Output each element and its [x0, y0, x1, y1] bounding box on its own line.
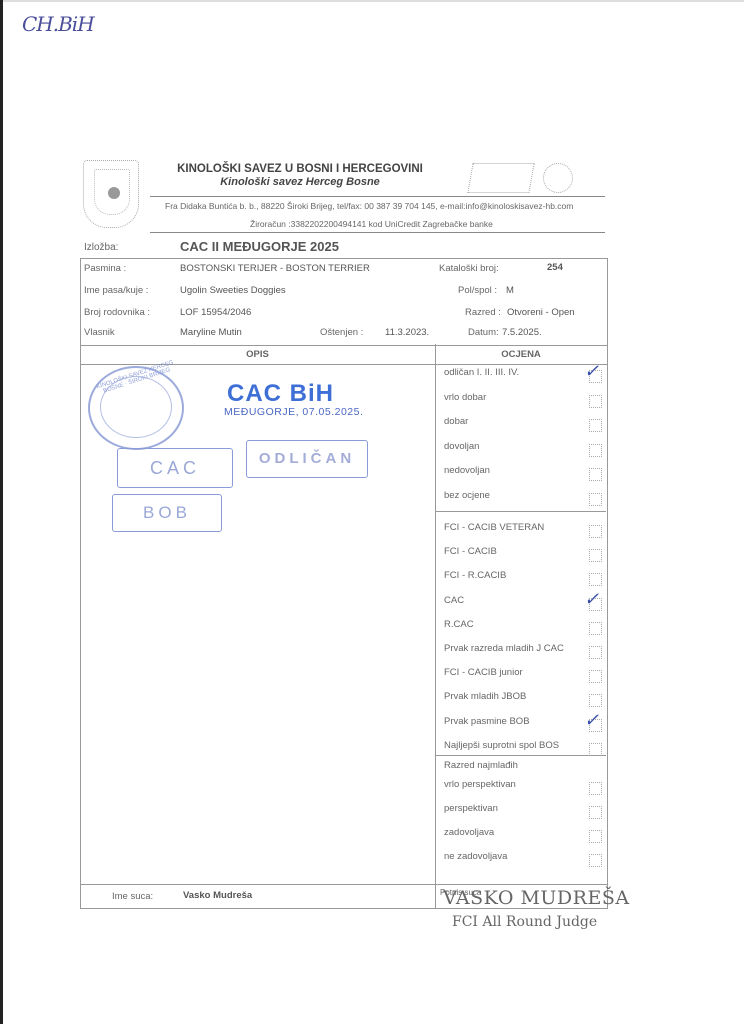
puppy-grade-label: vrlo perspektivan	[444, 779, 516, 790]
excellent-stamp: ODLIČAN	[246, 440, 368, 478]
sex-label: Pol/spol :	[458, 285, 497, 296]
show-name: CAC II MEĐUGORJE 2025	[180, 239, 339, 254]
organization-subtitle: Kinološki savez Herceg Bosne	[150, 176, 450, 188]
section-divider	[435, 755, 606, 756]
title-label: FCI - CACIB junior	[444, 667, 523, 678]
born-label: Oštenjen :	[320, 327, 363, 338]
show-label: Izložba:	[84, 242, 118, 253]
grade-label: vrlo dobar	[444, 392, 486, 403]
title-label: FCI - CACIB VETERAN	[444, 522, 544, 533]
puppy-grade-checkbox[interactable]	[589, 854, 602, 867]
fci-logo	[543, 163, 573, 193]
puppy-grade-label: perspektivan	[444, 803, 498, 814]
organization-title: KINOLOŠKI SAVEZ U BOSNI I HERCEGOVINI	[150, 163, 450, 175]
title-label: Prvak razreda mladih J CAC	[444, 643, 564, 654]
puppy-class-heading: Razred najmlađih	[444, 760, 518, 771]
puppy-grade-label: ne zadovoljava	[444, 851, 507, 862]
grade-label: bez ocjene	[444, 490, 490, 501]
puppy-grade-checkbox[interactable]	[589, 830, 602, 843]
title-label: Prvak pasmine BOB	[444, 716, 530, 727]
title-checkbox[interactable]	[589, 743, 602, 756]
puppy-grade-label: zadovoljava	[444, 827, 494, 838]
born-value: 11.3.2023.	[385, 327, 429, 338]
judge-label: Ime suca:	[112, 891, 153, 902]
title-checkbox[interactable]	[589, 525, 602, 538]
cac-stamp: CAC	[117, 448, 233, 488]
pedigree-value: LOF 15954/2046	[180, 307, 251, 318]
handwritten-check-icon: ✓	[584, 361, 599, 382]
title-checkbox[interactable]	[589, 670, 602, 683]
title-checkbox[interactable]	[589, 573, 602, 586]
class-value: Otvoreni - Open	[507, 307, 575, 318]
title-label: R.CAC	[444, 619, 474, 630]
handwritten-check-icon: ✓	[584, 589, 599, 610]
column-divider	[435, 884, 436, 908]
scan-border-left	[0, 0, 3, 1024]
title-label: Prvak mladih JBOB	[444, 691, 526, 702]
cac-bih-stamp-date: MEĐUGORJE, 07.05.2025.	[224, 406, 363, 418]
class-label: Razred :	[465, 307, 501, 318]
grade-label: dovoljan	[444, 441, 479, 452]
organization-address: Fra Didaka Buntića b. b., 88220 Široki B…	[165, 201, 573, 211]
title-label: CAC	[444, 595, 464, 606]
section-divider	[435, 511, 606, 512]
title-label: FCI - CACIB	[444, 546, 497, 557]
cac-bih-stamp: CAC BiH	[227, 380, 334, 408]
date-value: 7.5.2025.	[502, 327, 542, 338]
puppy-grade-checkbox[interactable]	[589, 806, 602, 819]
column-divider	[435, 344, 436, 884]
breed-label: Pasmina :	[84, 263, 126, 274]
header-divider	[150, 232, 605, 233]
club-round-stamp: KINOLOŠKI SAVEZ HERCEG BOSNE · ŠIROKI BR…	[88, 366, 184, 450]
judge-title: FCI All Round Judge	[452, 914, 597, 930]
dog-name-value: Ugolin Sweeties Doggies	[180, 285, 286, 296]
title-label: Najljepši suprotni spol BOS	[444, 740, 559, 751]
handwritten-note: CH.BiH	[22, 12, 94, 36]
title-checkbox[interactable]	[589, 549, 602, 562]
sex-value: M	[506, 285, 514, 296]
owner-value: Maryline Mutin	[180, 327, 242, 338]
bob-stamp: BOB	[112, 494, 222, 532]
date-label: Datum:	[468, 327, 499, 338]
grade-column-header: OCJENA	[436, 349, 606, 360]
partner-logo	[467, 163, 534, 193]
judge-name: Vasko Mudreša	[183, 890, 252, 901]
grade-checkbox[interactable]	[589, 493, 602, 506]
title-checkbox[interactable]	[589, 622, 602, 635]
grade-label: odličan I. II. III. IV.	[444, 367, 519, 378]
grade-checkbox[interactable]	[589, 468, 602, 481]
grade-label: dobar	[444, 416, 468, 427]
federation-crest-logo	[83, 160, 139, 228]
puppy-grade-checkbox[interactable]	[589, 782, 602, 795]
header-divider	[150, 196, 605, 197]
title-checkbox[interactable]	[589, 646, 602, 659]
catalog-value: 254	[547, 262, 563, 273]
scan-border-top	[0, 0, 744, 2]
bank-account: Žiroračun :3382202200494141 kod UniCredi…	[250, 219, 493, 229]
pedigree-label: Broj rodovnika :	[84, 307, 150, 318]
catalog-label: Kataloški broj:	[439, 263, 499, 274]
title-checkbox[interactable]	[589, 694, 602, 707]
grade-checkbox[interactable]	[589, 419, 602, 432]
title-label: FCI - R.CACIB	[444, 570, 506, 581]
grade-checkbox[interactable]	[589, 444, 602, 457]
grade-label: nedovoljan	[444, 465, 490, 476]
grade-checkbox[interactable]	[589, 395, 602, 408]
breed-value: BOSTONSKI TERIJER - BOSTON TERRIER	[180, 263, 370, 274]
description-column-header: OPIS	[80, 349, 435, 360]
dog-name-label: Ime pasa/kuje :	[84, 285, 148, 296]
handwritten-check-icon: ✓	[584, 710, 599, 731]
owner-label: Vlasnik	[84, 327, 115, 338]
judge-signature-stamp: VASKO MUDREŠA	[443, 887, 630, 909]
